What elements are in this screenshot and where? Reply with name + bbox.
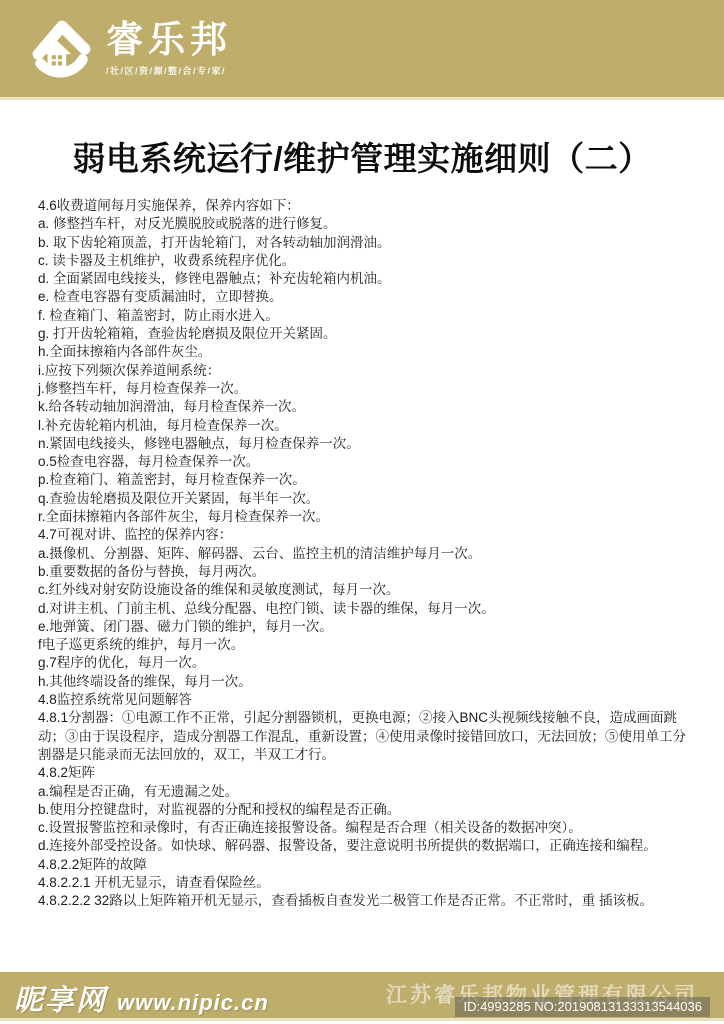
document-line: f电子巡更系统的维护，每月一次。 <box>38 636 692 654</box>
document-line: c.设置报警监控和录像时，有否正确连接报警设备。编程是否合理（相关设备的数据冲突… <box>38 819 692 837</box>
document-line: 4.8.2.2矩阵的故障 <box>38 856 692 874</box>
document-line: a. 修整挡车杆，对反光膜脱胶或脱落的进行修复。 <box>38 215 692 233</box>
document-line: d.对讲主机、门前主机、总线分配器、电控门锁、读卡器的维保，每月一次。 <box>38 600 692 618</box>
document-line: 4.8.2矩阵 <box>38 764 692 782</box>
document-line: f. 检查箱门、箱盖密封，防止雨水进入。 <box>38 307 692 325</box>
house-logo-icon <box>28 14 94 84</box>
image-id-badge: ID:4993285 NO:20190813133313544036 <box>455 997 710 1017</box>
document-line: h.全面抹擦箱内各部件灰尘。 <box>38 343 692 361</box>
document-line: l.补充齿轮箱内机油，每月检查保养一次。 <box>38 417 692 435</box>
brand-logo: 睿乐邦 /社/区/资/源/整/合/专/家/ <box>28 14 232 84</box>
document-line: 4.8.2.2.1 开机无显示，请查看保险丝。 <box>38 874 692 892</box>
document-line: p.检查箱门、箱盖密封，每月检查保养一次。 <box>38 471 692 489</box>
document-line: 4.8.1分割器：①电源工作不正常，引起分割器锁机，更换电源；②接入BNC头视频… <box>38 709 692 764</box>
site-name: 昵享网 <box>14 978 107 1019</box>
document-line: j.修整挡车杆，每月检查保养一次。 <box>38 380 692 398</box>
document-body: 4.6收费道闸每月实施保养，保养内容如下： a. 修整挡车杆，对反光膜脱胶或脱落… <box>38 197 692 911</box>
document-line: c. 读卡器及主机维护，收费系统程序优化。 <box>38 252 692 270</box>
document-line: o.5检查电容器，每月检查保养一次。 <box>38 453 692 471</box>
nipic-watermark: 昵享网 www.nipic.cn <box>14 978 269 1019</box>
document-line: b.使用分控键盘时，对监视器的分配和授权的编程是否正确。 <box>38 801 692 819</box>
document-line: 4.8监控系统常见问题解答 <box>38 691 692 709</box>
document-line: 4.7可视对讲、监控的保养内容： <box>38 526 692 544</box>
document-line: 4.8.2.2.2 32路以上矩阵箱开机无显示，查看插板自查发光二极管工作是否正… <box>38 892 692 910</box>
document-line: i.应按下列频次保养道闸系统： <box>38 362 692 380</box>
brand-header-band: 睿乐邦 /社/区/资/源/整/合/专/家/ <box>0 0 724 100</box>
brand-text-block: 睿乐邦 /社/区/资/源/整/合/专/家/ <box>106 21 232 77</box>
document-line: a.编程是否正确，有无遗漏之处。 <box>38 783 692 801</box>
document-line: a.摄像机、分割器、矩阵、解码器、云台、监控主机的清洁维护每月一次。 <box>38 545 692 563</box>
document-line: g. 打开齿轮箱箱，查验齿轮磨损及限位开关紧固。 <box>38 325 692 343</box>
brand-name: 睿乐邦 <box>106 21 232 58</box>
page-title: 弱电系统运行/维护管理实施细则（二） <box>0 133 724 180</box>
document-line: q.查验齿轮磨损及限位开关紧固，每半年一次。 <box>38 490 692 508</box>
watermark-footer-band: 昵享网 www.nipic.cn 江苏睿乐邦物业管理有限公司 ID:499328… <box>0 972 724 1021</box>
document-line: c.红外线对射安防设施设备的维保和灵敏度测试，每月一次。 <box>38 581 692 599</box>
document-line: n.紧固电线接头，修锉电器触点，每月检查保养一次。 <box>38 435 692 453</box>
document-line: r.全面抹擦箱内各部件灰尘，每月检查保养一次。 <box>38 508 692 526</box>
site-url: www.nipic.cn <box>117 990 269 1016</box>
document-line: d.连接外部受控设备。如快球、解码器、报警设备，要注意说明书所提供的数据端口，正… <box>38 837 692 855</box>
document-line: b. 取下齿轮箱顶盖，打开齿轮箱门，对各转动轴加润滑油。 <box>38 234 692 252</box>
document-line: k.给各转动轴加润滑油，每月检查保养一次。 <box>38 398 692 416</box>
document-line: b.重要数据的备份与替换，每月两次。 <box>38 563 692 581</box>
document-line: g.7程序的优化，每月一次。 <box>38 654 692 672</box>
document-line: e. 检查电容器有变质漏油时，立即替换。 <box>38 288 692 306</box>
document-line: h.其他终端设备的维保，每月一次。 <box>38 673 692 691</box>
document-line: e.地弹簧、闭门器、磁力门锁的维护，每月一次。 <box>38 618 692 636</box>
document-line: d. 全面紧固电线接头，修锉电器触点；补充齿轮箱内机油。 <box>38 270 692 288</box>
document-line: 4.6收费道闸每月实施保养，保养内容如下： <box>38 197 692 215</box>
brand-tagline: /社/区/资/源/整/合/专/家/ <box>106 64 232 77</box>
